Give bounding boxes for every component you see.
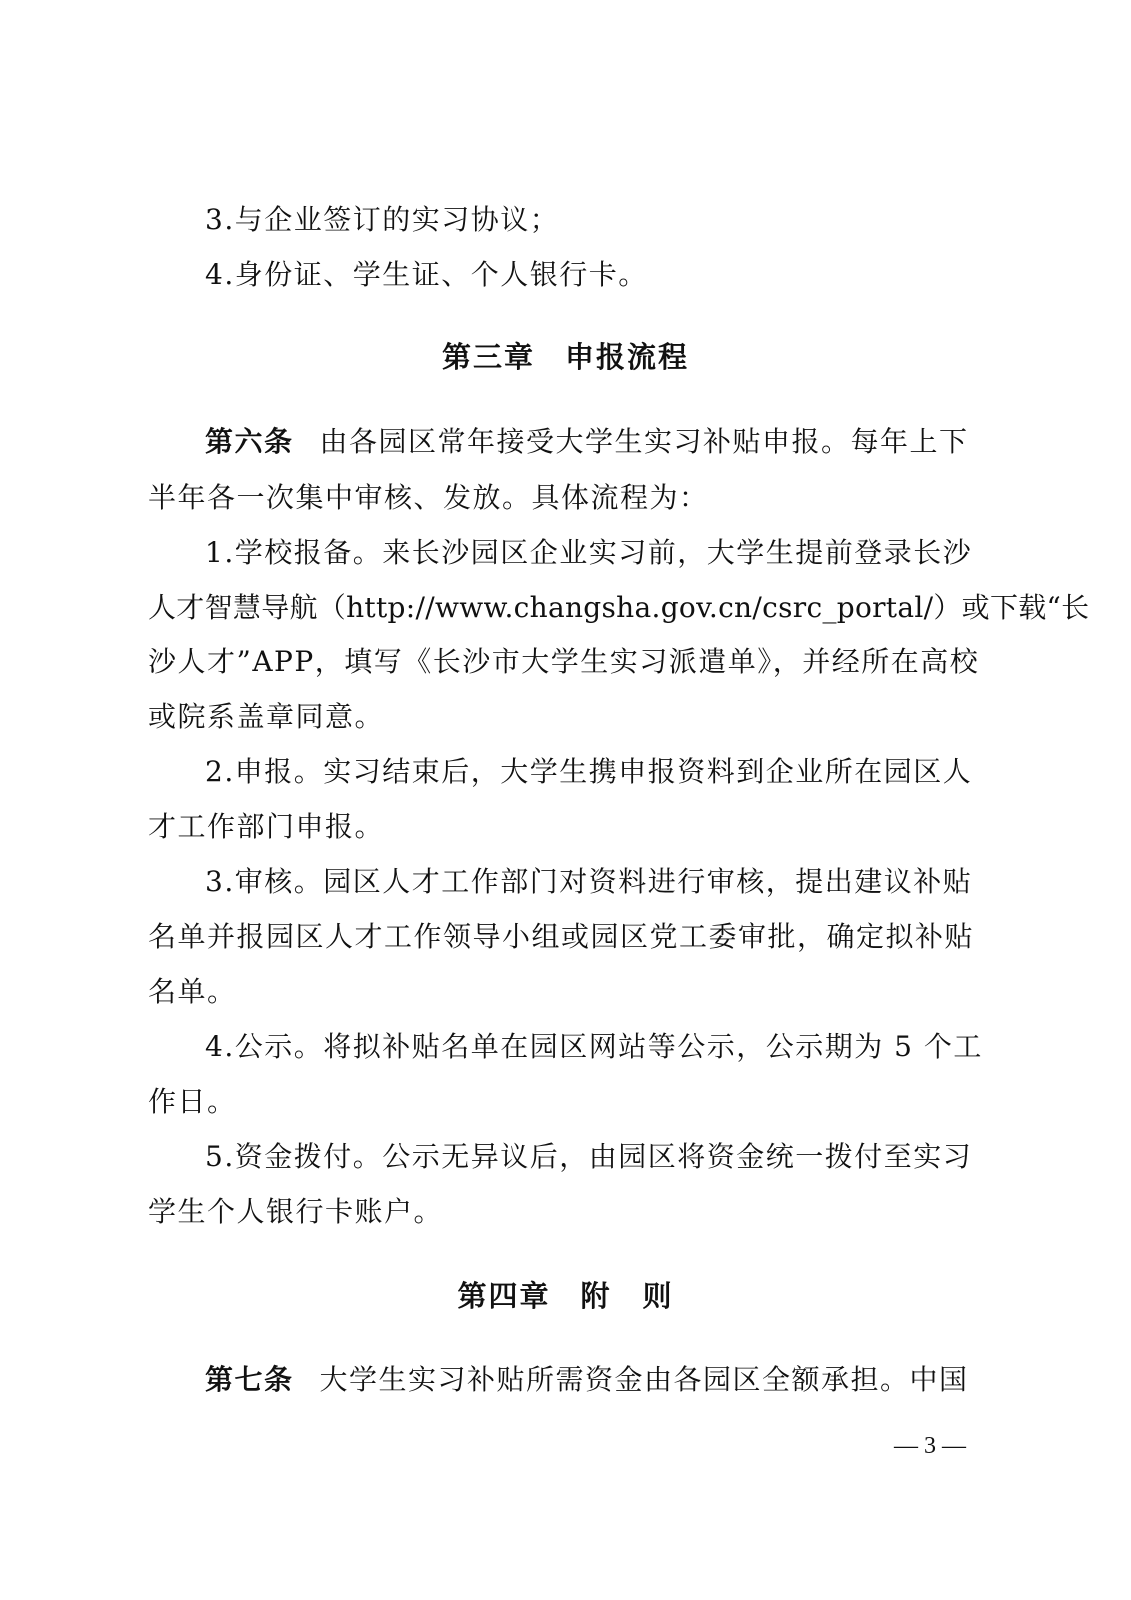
step-line: 沙人才”APP，填写《长沙市大学生实习派遣单》，并经所在高校: [148, 642, 963, 682]
article-paragraph: 第六条由各园区常年接受大学生实习补贴申报。每年上下: [205, 422, 963, 462]
chapter-title: 附 则: [581, 1279, 674, 1313]
list-item: 4.身份证、学生证、个人银行卡。: [205, 255, 963, 295]
article-label: 第七条: [205, 1363, 294, 1396]
chapter-number: 第四章: [457, 1279, 550, 1313]
step-line: 1.学校报备。来长沙园区企业实习前，大学生提前登录长沙: [205, 533, 963, 573]
step-line: 或院系盖章同意。: [148, 697, 963, 737]
step-line: 5.资金拨付。公示无异议后，由园区将资金统一拨付至实习: [205, 1137, 963, 1177]
chapter-number: 第三章: [442, 340, 535, 374]
article-paragraph: 第七条大学生实习补贴所需资金由各园区全额承担。中国: [205, 1360, 963, 1400]
step-line: 3.审核。园区人才工作部门对资料进行审核，提出建议补贴: [205, 862, 963, 902]
step-line: 人才智慧导航（http://www.changsha.gov.cn/csrc_p…: [148, 588, 963, 628]
step-line: 4.公示。将拟补贴名单在园区网站等公示，公示期为 5 个工: [205, 1027, 963, 1067]
step-line: 才工作部门申报。: [148, 807, 963, 847]
step-line: 名单并报园区人才工作领导小组或园区党工委审批，确定拟补贴: [148, 917, 963, 957]
paragraph-line: 半年各一次集中审核、发放。具体流程为：: [148, 478, 963, 518]
chapter-title: 申报流程: [565, 340, 689, 374]
document-page: 3.与企业签订的实习协议； 4.身份证、学生证、个人银行卡。 第三章申报流程 第…: [0, 0, 1131, 1600]
step-line: 学生个人银行卡账户。: [148, 1192, 963, 1232]
article-label: 第六条: [205, 425, 294, 458]
article-text: 大学生实习补贴所需资金由各园区全额承担。中国: [320, 1363, 969, 1396]
step-line: 作日。: [148, 1082, 963, 1122]
step-line: 名单。: [148, 972, 963, 1012]
list-item: 3.与企业签订的实习协议；: [205, 200, 963, 240]
chapter-heading: 第四章附 则: [0, 1276, 1131, 1316]
article-text: 由各园区常年接受大学生实习补贴申报。每年上下: [320, 425, 969, 458]
step-line: 2.申报。实习结束后，大学生携申报资料到企业所在园区人: [205, 752, 963, 792]
page-number: — 3 —: [880, 1430, 980, 1462]
chapter-heading: 第三章申报流程: [0, 337, 1131, 377]
